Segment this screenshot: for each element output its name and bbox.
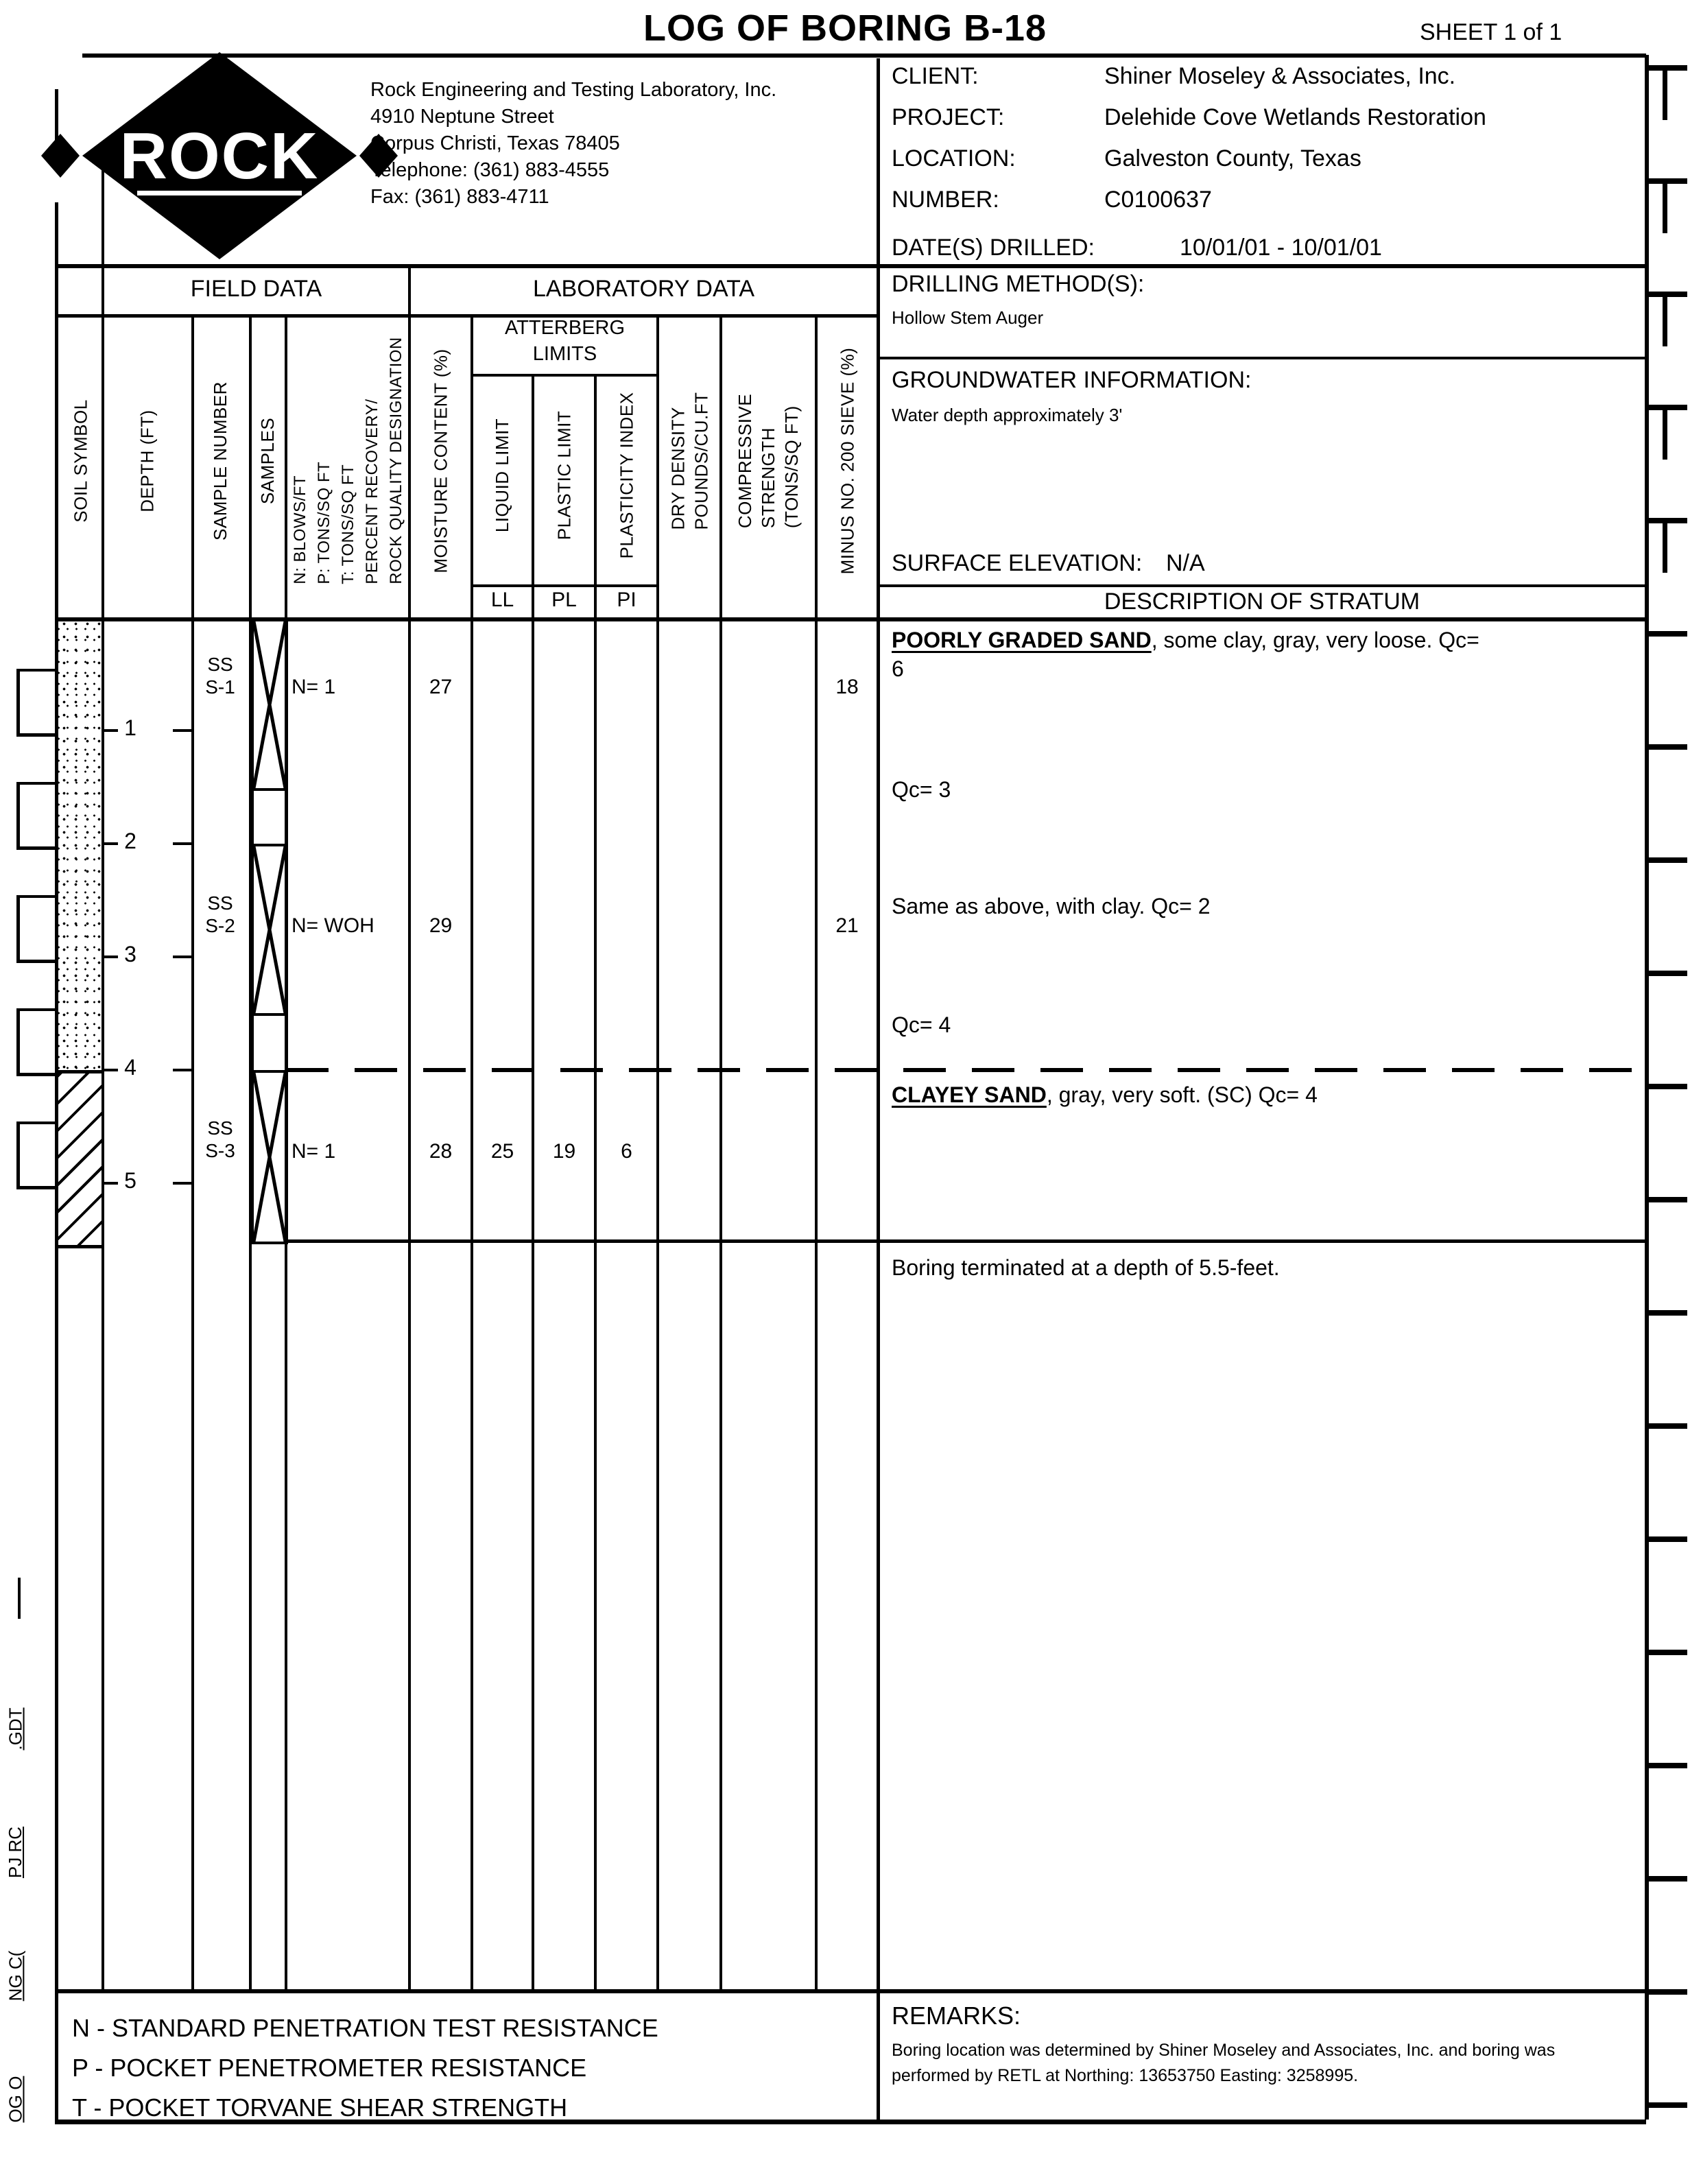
column-header-soil-symbol: SOIL SYMBOL (58, 314, 103, 614)
n-value-s1: N= 1 (291, 676, 335, 699)
drilling-method-value: Hollow Stem Auger (892, 307, 1043, 329)
stratum-1-detail: , some clay, gray, very loose. Qc= (1152, 628, 1479, 652)
scan-tick-stem (1663, 184, 1667, 233)
scan-tick-stem (1663, 410, 1667, 460)
x-mark-icon (254, 1073, 285, 1242)
margin-fragment-text: OG O (5, 2076, 27, 2122)
moisture-s1: 27 (409, 676, 472, 699)
stratum-1-description: POORLY GRADED SAND, some clay, gray, ver… (892, 628, 1479, 653)
depth-tick (173, 1182, 191, 1185)
company-city: Corpus Christi, Texas 78405 (370, 130, 776, 157)
pl-abbrev: PL (533, 589, 595, 612)
x-mark-icon (254, 846, 285, 1013)
ll-pl-pi-top-line (472, 584, 658, 587)
legend-n: N - STANDARD PENETRATION TEST RESISTANCE (72, 2008, 658, 2048)
compressive-label-2: STRENGTH (757, 393, 781, 527)
sample-spacer-box (251, 788, 288, 846)
logo-underline (137, 191, 302, 195)
column-header-liquid-limit: LIQUID LIMIT (472, 376, 533, 582)
section-line (55, 264, 1646, 268)
sample-interval-bracket (16, 1121, 57, 1189)
sample-type: SS (191, 1117, 249, 1139)
band-bottom-line (55, 314, 878, 318)
stratum-boundary-dashed-line (286, 1068, 1646, 1072)
project-value: Delehide Cove Wetlands Restoration (1104, 104, 1486, 131)
left-border-fragment (55, 89, 58, 141)
margin-fragment-text: PJ RC (5, 1826, 27, 1877)
rqd-label: ROCK QUALITY DESIGNATION (384, 337, 408, 584)
margin-dash-artifact (18, 1578, 21, 1619)
stratum-note-qc3: Qc= 3 (892, 777, 951, 803)
sample-symbol-s1 (251, 619, 288, 791)
sieve-s2: 21 (816, 914, 878, 938)
sieve-s1: 18 (816, 676, 878, 699)
depth-mark-3: 3 (103, 942, 158, 967)
moisture-s3: 28 (409, 1140, 472, 1163)
depth-tick (104, 955, 118, 958)
drilling-section-line (878, 357, 1646, 359)
sample-id-s1: SS S-1 (191, 653, 249, 698)
n-value-s2: N= WOH (291, 914, 374, 938)
atterberg-heading-2: LIMITS (472, 343, 658, 366)
depth-tick (173, 842, 191, 845)
info-block-divider (877, 58, 880, 2120)
compressive-label-1: COMPRESSIVE (734, 393, 757, 527)
scan-tick-stem (1663, 71, 1667, 120)
column-header-minus-200: MINUS NO. 200 SIEVE (%) (816, 314, 878, 614)
surface-elevation-line (878, 584, 1646, 587)
dates-drilled-value: 10/01/01 - 10/01/01 (1180, 235, 1382, 261)
p-tons-label: P: TONS/SQ FT (312, 337, 336, 584)
x-mark-icon (254, 621, 285, 788)
company-logo: ROCK (38, 49, 401, 263)
margin-fragment-text: .GDT (5, 1707, 27, 1750)
logo-left-diamond (41, 134, 80, 178)
depth-mark-2: 2 (103, 829, 158, 854)
compressive-label-3: (TONS/SQ FT) (781, 393, 804, 527)
margin-fragment-text: NG C( (5, 1950, 27, 2001)
column-header-plastic-limit: PLASTIC LIMIT (533, 376, 595, 582)
company-name: Rock Engineering and Testing Laboratory,… (370, 77, 776, 104)
depth-mark-4: 4 (103, 1055, 158, 1080)
laboratory-data-header: LABORATORY DATA (409, 276, 878, 302)
description-of-stratum-header: DESCRIPTION OF STRATUM (878, 589, 1646, 615)
column-line-dry-density-right (719, 314, 722, 1989)
left-border (55, 202, 58, 2120)
depth-tick (104, 729, 118, 732)
dry-density-label-2: POUNDS/CU.FT (689, 392, 713, 530)
remarks-line-2: performed by RETL at Northing: 13653750 … (892, 2066, 1358, 2086)
column-header-moisture: MOISTURE CONTENT (%) (409, 314, 472, 614)
sample-symbol-s3 (251, 1070, 288, 1244)
sample-interval-bracket (16, 895, 57, 963)
depth-tick (173, 729, 191, 732)
soil-symbol-clayey-sand-pattern (58, 1070, 102, 1248)
termination-line (286, 1239, 1646, 1243)
t-tons-label: T: TONS/SQ FT (336, 337, 360, 584)
client-label: CLIENT: (892, 63, 979, 90)
sample-interval-bracket (16, 1008, 57, 1076)
column-line-field-lab-divider (408, 268, 411, 1989)
sample-type: SS (191, 653, 249, 676)
minus-200-label: MINUS NO. 200 SIEVE (%) (835, 347, 859, 581)
plastic-limit-s3: 19 (533, 1140, 595, 1163)
depth-label: DEPTH (FT) (136, 409, 159, 519)
scan-tick-stem (1663, 297, 1667, 346)
surface-elevation-label: SURFACE ELEVATION: (892, 550, 1142, 577)
table-bottom-line (55, 1989, 1646, 1993)
depth-tick (104, 842, 118, 845)
sample-number-label: SAMPLE NUMBER (209, 381, 232, 547)
company-phone: Telephone: (361) 883-4555 (370, 157, 776, 184)
sample-id-s2: SS S-2 (191, 892, 249, 937)
column-line-moisture-right (471, 314, 473, 1989)
location-value: Galveston County, Texas (1104, 145, 1361, 172)
sample-symbol-s2 (251, 844, 288, 1016)
column-header-plasticity-index: PLASTICITY INDEX (595, 376, 658, 582)
column-line-pi-right (656, 314, 659, 1989)
boring-log-page: LOG OF BORING B-18 SHEET 1 of 1 ROCK Roc… (0, 0, 1690, 2184)
samples-label: SAMPLES (256, 417, 279, 510)
scan-edge-ticks (1649, 65, 1687, 2113)
depth-tick (104, 1182, 118, 1185)
legend-p: P - POCKET PENETROMETER RESISTANCE (72, 2048, 658, 2088)
location-label: LOCATION: (892, 145, 1016, 172)
margin-fragment-ogo: OG O (0, 2044, 32, 2154)
soil-symbol-sand-pattern (58, 617, 102, 1070)
sample-number: S-3 (191, 1139, 249, 1162)
column-header-sample-number: SAMPLE NUMBER (191, 314, 249, 614)
depth-tick (173, 955, 191, 958)
company-fax: Fax: (361) 883-4711 (370, 184, 776, 211)
column-line-pl-right (594, 376, 597, 1989)
number-label: NUMBER: (892, 187, 999, 213)
column-header-samples: SAMPLES (249, 314, 286, 614)
sample-type: SS (191, 892, 249, 914)
scan-tick-stem (1663, 523, 1667, 573)
column-header-compressive: COMPRESSIVE STRENGTH (TONS/SQ FT) (721, 314, 816, 614)
atterberg-underline (472, 374, 658, 377)
sample-number: S-2 (191, 914, 249, 937)
termination-note: Boring terminated at a depth of 5.5-feet… (892, 1255, 1280, 1281)
n-blows-label: N: BLOWS/FT (288, 337, 312, 584)
column-line-depth-right (191, 314, 194, 1989)
margin-fragment-gdt: .GDT (0, 1674, 32, 1783)
soil-symbol-label: SOIL SYMBOL (69, 399, 93, 529)
column-line-samples-right (285, 314, 287, 1989)
surface-elevation-value: N/A (1166, 550, 1205, 577)
sample-id-s3: SS S-3 (191, 1117, 249, 1162)
margin-fragment-ngc: NG C( (0, 1921, 32, 2030)
depth-tick (173, 1069, 191, 1071)
sample-interval-bracket (16, 782, 57, 850)
column-header-n-values: N: BLOWS/FT P: TONS/SQ FT T: TONS/SQ FT … (286, 314, 409, 614)
column-line-ll-right (532, 376, 534, 1989)
dry-density-label-1: DRY DENSITY (666, 392, 689, 530)
drilling-method-label: DRILLING METHOD(S): (892, 271, 1144, 298)
liquid-limit-s3: 25 (472, 1140, 533, 1163)
percent-recovery-label: PERCENT RECOVERY/ (360, 337, 384, 584)
depth-mark-1: 1 (103, 715, 158, 741)
project-label: PROJECT: (892, 104, 1004, 131)
rock-diamond-logo: ROCK (38, 49, 401, 263)
sheet-number: SHEET 1 of 1 (1420, 19, 1562, 46)
column-line-sample-number-right (249, 314, 252, 1989)
stratum-2-description: CLAYEY SAND, gray, very soft. (SC) Qc= 4 (892, 1082, 1318, 1108)
groundwater-label: GROUNDWATER INFORMATION: (892, 367, 1251, 394)
plasticity-index-label: PLASTICITY INDEX (615, 392, 639, 565)
sample-interval-bracket (16, 669, 57, 737)
stratum-2-detail: , gray, very soft. (SC) Qc= 4 (1047, 1082, 1318, 1107)
stratum-note-qc4: Qc= 4 (892, 1012, 951, 1038)
client-value: Shiner Moseley & Associates, Inc. (1104, 63, 1455, 90)
column-header-dry-density: DRY DENSITY POUNDS/CU.FT (658, 314, 721, 614)
stratum-2-name: CLAYEY SAND (892, 1082, 1047, 1107)
legend-t: T - POCKET TORVANE SHEAR STRENGTH (72, 2088, 658, 2128)
moisture-s2: 29 (409, 914, 472, 938)
groundwater-value: Water depth approximately 3' (892, 405, 1122, 426)
header-bottom-line (55, 617, 1646, 621)
depth-mark-5: 5 (103, 1168, 158, 1194)
column-line-compressive-right (815, 314, 818, 1989)
margin-fragment-pjrc: PJ RC (0, 1797, 32, 1907)
logo-text: ROCK (120, 119, 320, 193)
column-header-depth: DEPTH (FT) (103, 314, 191, 614)
stratum-1-name: POORLY GRADED SAND (892, 628, 1152, 652)
ll-abbrev: LL (472, 589, 533, 612)
column-line-soil-right (102, 161, 104, 1989)
sample-spacer-box (251, 1013, 288, 1073)
pi-abbrev: PI (595, 589, 658, 612)
atterberg-heading-1: ATTERBERG (472, 317, 658, 340)
plastic-limit-label: PLASTIC LIMIT (553, 411, 576, 547)
plasticity-index-s3: 6 (595, 1140, 658, 1163)
remarks-line-1: Boring location was determined by Shiner… (892, 2041, 1555, 2061)
stratum-1-continuation: 6 (892, 656, 904, 682)
n-value-s3: N= 1 (291, 1140, 335, 1163)
depth-tick (104, 1069, 118, 1071)
moisture-content-label: MOISTURE CONTENT (%) (429, 348, 453, 580)
liquid-limit-label: LIQUID LIMIT (491, 418, 514, 539)
company-address: Rock Engineering and Testing Laboratory,… (370, 77, 776, 211)
number-value: C0100637 (1104, 187, 1212, 213)
company-street: 4910 Neptune Street (370, 104, 776, 130)
dates-drilled-label: DATE(S) DRILLED: (892, 235, 1095, 261)
stratum-note-same-as-above: Same as above, with clay. Qc= 2 (892, 894, 1211, 919)
sample-number: S-1 (191, 676, 249, 698)
remarks-label: REMARKS: (892, 2002, 1021, 2030)
legend: N - STANDARD PENETRATION TEST RESISTANCE… (72, 2008, 658, 2128)
field-data-header: FIELD DATA (103, 276, 409, 302)
